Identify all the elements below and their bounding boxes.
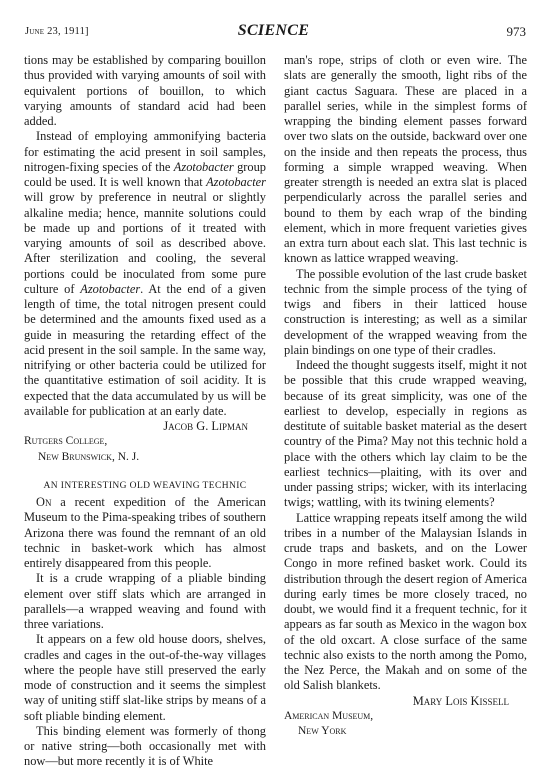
journal-title: SCIENCE xyxy=(0,22,547,40)
affiliation: Rutgers College, xyxy=(24,434,266,449)
paragraph: It appears on a few old house doors, she… xyxy=(24,632,266,724)
italic-term: Azotobacter xyxy=(80,282,140,296)
author-signature: Jacob G. Lipman xyxy=(24,419,266,434)
italic-term: Azotobacter xyxy=(174,160,234,174)
paragraph: On a recent expedition of the American M… xyxy=(24,495,266,571)
affiliation-location: New York xyxy=(284,724,527,739)
right-column: man's rope, strips of cloth or even wire… xyxy=(284,53,527,739)
affiliation-location: New Brunswick, N. J. xyxy=(24,450,266,465)
paragraph: It is a crude wrapping of a pliable bind… xyxy=(24,571,266,632)
page-header: June 23, 1911] SCIENCE 973 xyxy=(0,22,547,42)
paragraph: Indeed the thought suggests itself, migh… xyxy=(284,358,527,511)
paragraph: This binding element was formerly of tho… xyxy=(24,724,266,770)
paragraph: Lattice wrapping repeats itself among th… xyxy=(284,511,527,694)
left-column: tions may be established by comparing bo… xyxy=(24,53,266,770)
paragraph: man's rope, strips of cloth or even wire… xyxy=(284,53,527,267)
paragraph: Instead of employing ammonifying bacteri… xyxy=(24,129,266,419)
italic-term: Azotobacter xyxy=(206,175,266,189)
author-signature: Mary Lois Kissell xyxy=(284,694,527,709)
paragraph: tions may be established by comparing bo… xyxy=(24,53,266,129)
affiliation: American Museum, xyxy=(284,709,527,724)
page-number: 973 xyxy=(507,24,527,40)
paragraph: The possible evolution of the last crude… xyxy=(284,267,527,359)
section-title: AN INTERESTING OLD WEAVING TECHNIC xyxy=(24,479,266,494)
lead-word: On xyxy=(36,495,51,509)
